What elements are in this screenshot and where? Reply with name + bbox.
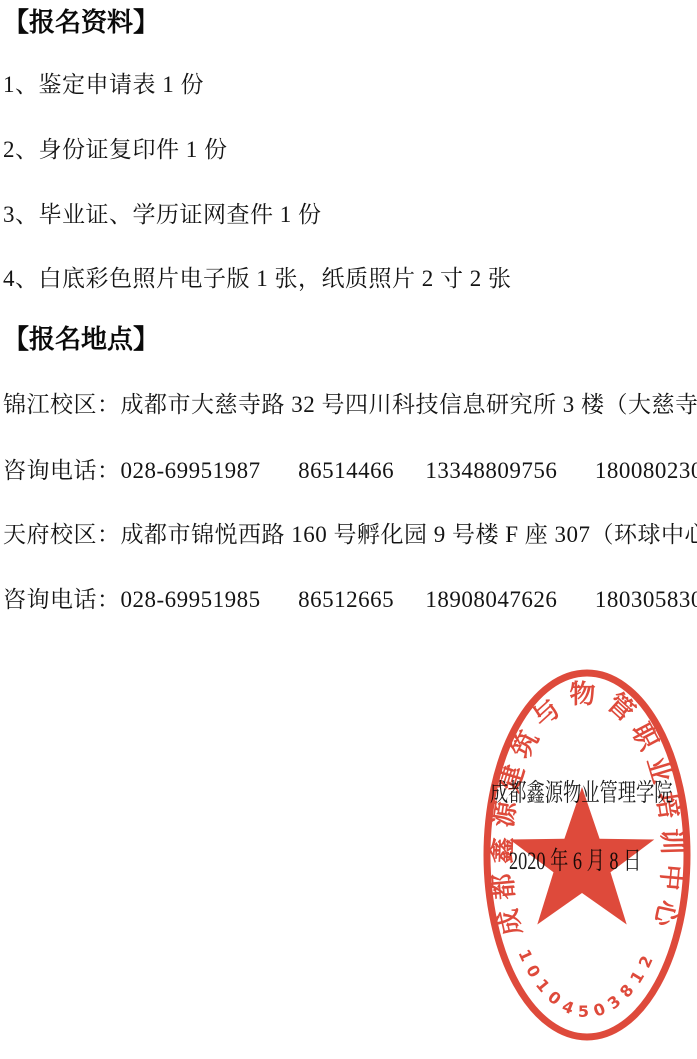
- official-seal-stamp: 成都鑫源建筑与物管职业培训中心 5101045038127: [477, 658, 697, 1056]
- materials-item-3: 3、毕业证、学历证网查件 1 份: [3, 200, 322, 230]
- campus-1-phones: 咨询电话：028-69951987 86514466 13348809756 1…: [3, 456, 697, 486]
- materials-item-2: 2、身份证复印件 1 份: [3, 135, 228, 165]
- materials-item-4: 4、白底彩色照片电子版 1 张，纸质照片 2 寸 2 张: [3, 264, 512, 294]
- document-page: 【报名资料】 1、鉴定申请表 1 份 2、身份证复印件 1 份 3、毕业证、学历…: [0, 0, 697, 1059]
- campus-2-phones: 咨询电话：028-69951985 86512665 18908047626 1…: [3, 585, 697, 615]
- seal-graphic: 成都鑫源建筑与物管职业培训中心 5101045038127: [477, 658, 697, 1056]
- location-section-header: 【报名地点】: [3, 324, 159, 354]
- materials-item-1: 1、鉴定申请表 1 份: [3, 70, 204, 100]
- materials-section-header: 【报名资料】: [3, 7, 159, 37]
- campus-1-address: 锦江校区：成都市大慈寺路 32 号四川科技信息研究所 3 楼（大慈寺对面）: [3, 390, 697, 420]
- seal-star-icon: [510, 787, 655, 925]
- campus-2-address: 天府校区：成都市锦悦西路 160 号孵化园 9 号楼 F 座 307（环球中心旁…: [3, 520, 697, 550]
